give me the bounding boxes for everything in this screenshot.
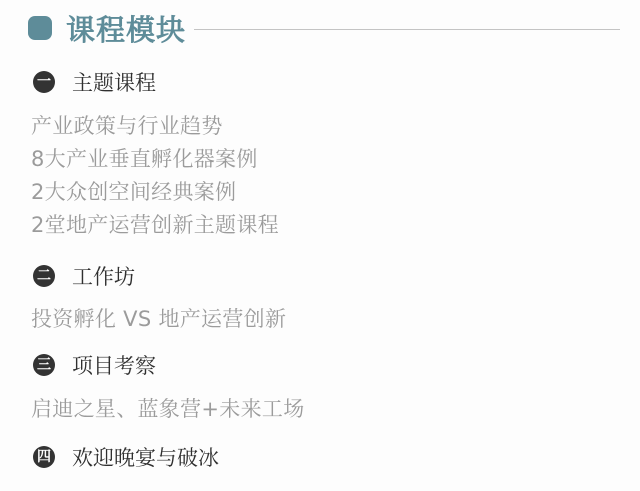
section-1-heading: 一 主题课程 <box>33 67 156 97</box>
list-item: 2大众创空间经典案例 <box>31 176 236 206</box>
list-item: 启迪之星、蓝象营+未来工场 <box>31 393 305 423</box>
section-title: 欢迎晚宴与破冰 <box>72 442 219 472</box>
section-4-heading: 四 欢迎晚宴与破冰 <box>33 442 219 472</box>
section-title: 项目考察 <box>72 350 156 380</box>
number-four-icon: 四 <box>33 446 55 468</box>
list-item: 投资孵化 VS 地产运营创新 <box>31 303 286 333</box>
list-item: 2堂地产运营创新主题课程 <box>31 209 279 239</box>
section-2-heading: 二 工作坊 <box>33 261 135 291</box>
list-item: 8大产业垂直孵化器案例 <box>31 143 258 173</box>
page-title: 课程模块 <box>66 8 186 49</box>
number-two-icon: 二 <box>33 265 55 287</box>
rounded-square-icon <box>28 16 52 40</box>
section-header: 课程模块 <box>28 10 628 46</box>
section-3-heading: 三 项目考察 <box>33 350 156 380</box>
section-title: 主题课程 <box>72 67 156 97</box>
number-three-icon: 三 <box>33 354 55 376</box>
number-one-icon: 一 <box>33 71 55 93</box>
divider <box>194 29 620 30</box>
section-title: 工作坊 <box>72 261 135 291</box>
list-item: 产业政策与行业趋势 <box>31 110 223 140</box>
